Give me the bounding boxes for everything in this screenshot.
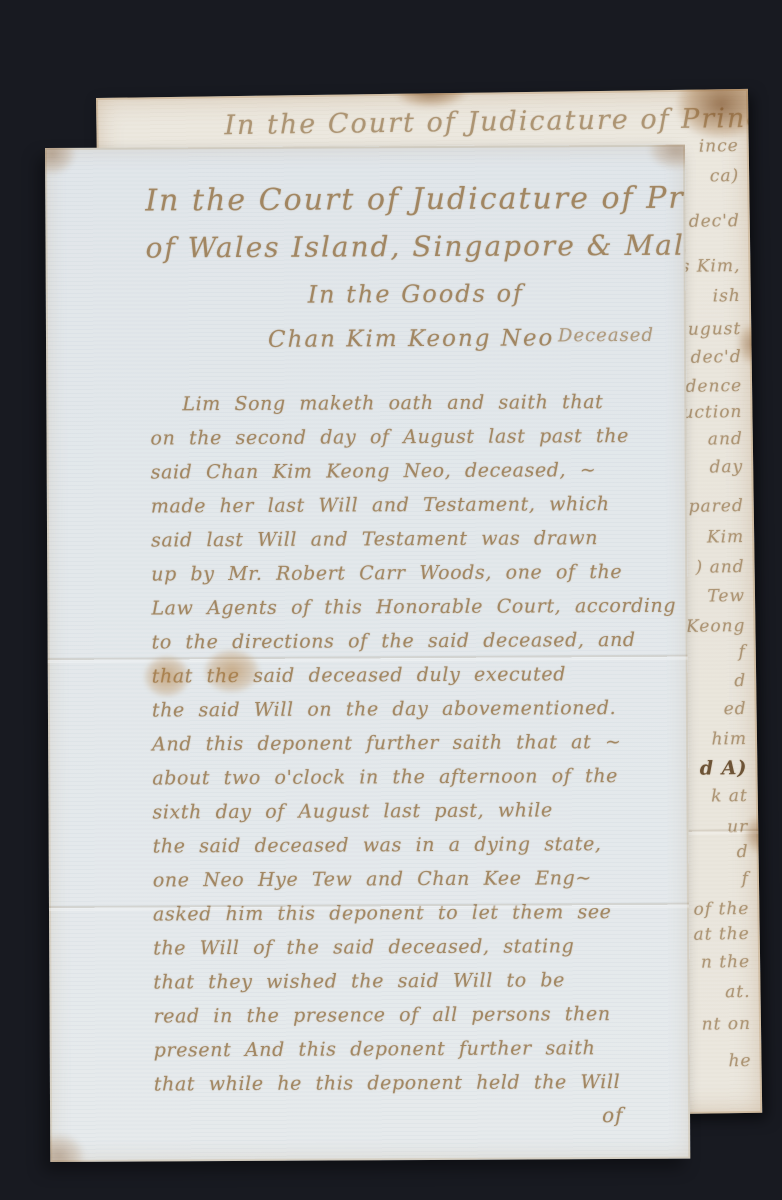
ink-stain — [144, 655, 190, 697]
edge-fragment: dence — [685, 376, 742, 397]
back-page-heading-fragment: In the Court of Judicature of Prince — [224, 103, 744, 141]
handwritten-line: the Will of the said deceased, stating — [153, 929, 673, 966]
deceased-status: Deceased — [558, 325, 654, 347]
court-heading-line1: In the Court of Judicature of Prince, — [145, 181, 685, 219]
edge-fragment: at the — [693, 924, 749, 945]
handwritten-line: up by Mr. Robert Carr Woods, one of the — [151, 555, 671, 592]
edge-fragment: s Kim, — [680, 256, 740, 277]
edge-fragment: and — [708, 429, 743, 449]
handwritten-line: read in the presence of all persons then — [153, 997, 673, 1034]
edge-fragment: Keong — [686, 616, 746, 637]
handwritten-line: made her last Will and Testament, which — [151, 487, 671, 524]
handwritten-line: sixth day of August last past, while — [152, 793, 672, 830]
burnt-corner — [45, 145, 75, 174]
edge-fragment: of the — [693, 899, 749, 920]
edge-fragment: f — [738, 642, 746, 662]
photograph-of-manuscript: In the Court of Judicature of Prince inc… — [0, 0, 782, 1200]
handwritten-line: one Neo Hye Tew and Chan Kee Eng~ — [153, 861, 673, 898]
edge-fragment: dec'd — [689, 211, 740, 232]
edge-fragment: Tew — [707, 586, 745, 607]
edge-fragment: at. — [725, 982, 751, 1002]
handwritten-line: Law Agents of this Honorable Court, acco… — [151, 589, 671, 626]
handwritten-line: said last Will and Testament was drawn — [151, 521, 671, 558]
edge-fragment: ca) — [710, 166, 740, 186]
handwritten-line: that they wished the said Will to be — [153, 963, 673, 1000]
handwritten-line: present And this deponent further saith — [154, 1031, 674, 1068]
edge-fragment: dec'd — [691, 347, 742, 368]
edge-fragment: day — [709, 457, 743, 477]
edge-fragment: k at — [711, 786, 748, 807]
edge-fragment: f — [742, 869, 750, 889]
edge-fragment: Kim — [707, 527, 745, 548]
edge-fragment: n the — [701, 952, 750, 973]
edge-fragment: d — [734, 671, 746, 691]
burnt-edge-spot — [737, 324, 762, 364]
deceased-name: Chan Kim Keong Neo — [268, 325, 555, 352]
burnt-corner — [45, 1134, 84, 1162]
edge-fragment: pared — [689, 496, 744, 517]
handwritten-line: on the second day of August last past th… — [150, 419, 670, 456]
handwritten-line: the said deceased was in a dying state, — [153, 827, 673, 864]
edge-fragment: nt on — [701, 1014, 751, 1035]
handwritten-line: asked him this deponent to let them see — [153, 895, 673, 932]
front-page-sheet: In the Court of Judicature of Prince, of… — [45, 145, 690, 1162]
catchword: of — [602, 1103, 624, 1127]
exhibit-mark-fragment: d A) — [700, 757, 748, 780]
ink-stain — [204, 649, 260, 693]
edge-fragment: him — [711, 729, 747, 749]
burnt-edge-chip — [396, 89, 466, 108]
handwritten-line: Lim Song maketh oath and saith that — [150, 385, 670, 422]
handwritten-line: the said Will on the day abovementioned. — [152, 691, 672, 728]
edge-fragment: ed — [724, 699, 747, 719]
affidavit-body: Lim Song maketh oath and saith that on t… — [150, 385, 674, 1102]
edge-fragment: ) and — [695, 557, 744, 578]
edge-fragment: ugust — [688, 319, 742, 340]
in-the-goods-of-line: In the Goods of — [146, 279, 686, 310]
burnt-corner — [649, 145, 690, 169]
edge-fragment: ish — [713, 286, 741, 306]
deceased-name-line: Chan Kim Keong Neo Deceased — [46, 325, 686, 364]
handwritten-line: about two o'clock in the afternoon of th… — [152, 759, 672, 796]
court-heading-line2: of Wales Island, Singapore & Malacca — [145, 229, 685, 265]
edge-fragment: he — [728, 1051, 751, 1071]
handwritten-line: that while he this deponent held the Wil… — [154, 1065, 674, 1102]
handwritten-line: said Chan Kim Keong Neo, deceased, ~ — [151, 453, 671, 490]
handwritten-line: And this deponent further saith that at … — [152, 725, 672, 762]
